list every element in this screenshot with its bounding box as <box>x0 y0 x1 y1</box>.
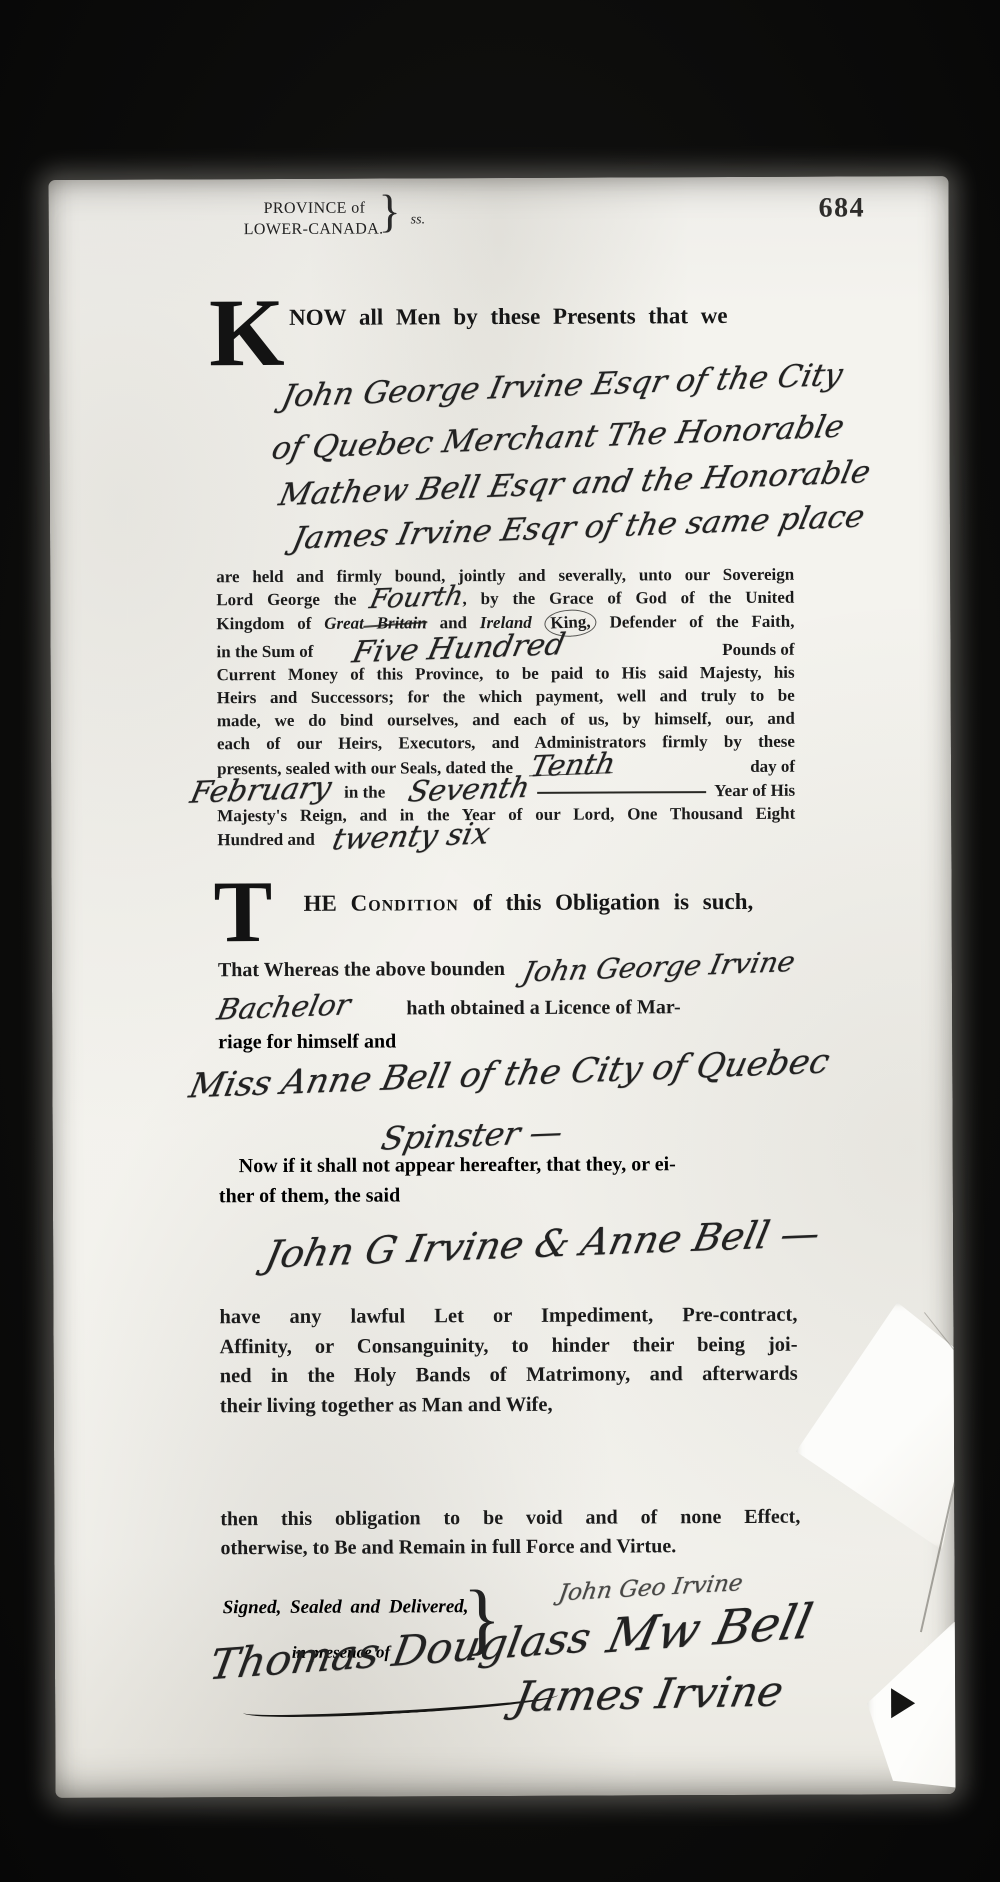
condition-heading-word: Condition <box>351 890 459 915</box>
impediment-line-4: their living together as Man and Wife, <box>220 1389 798 1421</box>
province-line2: LOWER-CANADA. <box>244 219 384 240</box>
dropcap-t: T <box>214 879 273 948</box>
handwritten-regnal-year: Seventh <box>407 779 531 801</box>
bachelor-line: Bachelor hath obtained a Licence of Mar- <box>218 995 681 1021</box>
licence-print: hath obtained a Licence of Mar- <box>406 996 680 1019</box>
great-britain-italic: Great Britain <box>324 614 427 633</box>
bond-line-2: Lord George the Fourth, by the Grace of … <box>216 586 794 612</box>
condition-heading-rest: of this Obligation is such, <box>473 889 754 915</box>
ss-mark: ss. <box>411 212 425 228</box>
page-number: 684 <box>819 192 866 224</box>
bond-line-5: Current Money of this Province, to be pa… <box>217 661 795 687</box>
bond-line-3-print-b: and <box>440 614 468 633</box>
province-line1: PROVINCE of <box>244 199 384 220</box>
closing-line-2: otherwise, to Be and Remain in full Forc… <box>220 1532 800 1564</box>
header-brace: } <box>378 184 400 237</box>
condition-heading-he: HE <box>304 891 337 916</box>
bond-line-7: made, we do bind ourselves, and each of … <box>217 707 795 733</box>
handwritten-spinster: Spinster — <box>378 1113 566 1158</box>
bond-line-12: Hundred and twenty six <box>217 825 795 852</box>
impediment-line-3: ned in the Holy Bands of Matrimony, and … <box>220 1360 798 1392</box>
now-line-1: Now if it shall not appear hereafter, th… <box>239 1153 676 1178</box>
closing-line-1: then this obligation to be void and of n… <box>220 1503 800 1535</box>
bond-paragraph: are held and firmly bound, jointly and s… <box>216 563 795 852</box>
bond-line-1: are held and firmly bound, jointly and s… <box>216 563 794 589</box>
closing-paragraph: then this obligation to be void and of n… <box>220 1503 800 1564</box>
handwritten-groom-name: John George Irvine <box>521 954 796 981</box>
bond-line-8: each of our Heirs, Executors, and Admini… <box>217 730 795 756</box>
blank-rule <box>537 791 706 794</box>
dropcap-k: K <box>209 295 285 371</box>
bond-line-10-print-a: in the <box>344 780 385 803</box>
handwritten-day: Tenth <box>529 755 617 777</box>
impediment-line-1: have any lawful Let or Impediment, Pre-c… <box>219 1301 797 1333</box>
impediment-paragraph: have any lawful Let or Impediment, Pre-c… <box>219 1301 798 1422</box>
handwritten-month: February <box>189 779 333 802</box>
bond-line-12-print: Hundred and <box>217 830 315 849</box>
bond-line-10: February in the Seventh Year of His <box>217 778 795 805</box>
province-heading: PROVINCE of LOWER-CANADA. <box>244 199 384 241</box>
handwritten-principals-line1: John George Irvine Esqr of the City <box>278 357 845 415</box>
bond-line-10-print-b: Year of His <box>714 779 795 803</box>
blank-gap <box>614 772 750 773</box>
handwritten-sum: Five Hundred <box>351 636 566 662</box>
bond-line-2-print-a: Lord George the <box>216 590 356 610</box>
signature-mathew-bell: Mw Bell <box>602 1594 817 1665</box>
signature-james-irvine: James Irvine <box>510 1666 787 1721</box>
blank-gap <box>563 655 722 656</box>
now-line-2: ther of them, the said <box>219 1184 400 1208</box>
scan-background: { "scan": { "page_number": "684" }, "col… <box>0 0 1000 1882</box>
bond-line-9-print-b: day of <box>750 754 795 777</box>
folded-corner-upper <box>795 1302 955 1551</box>
bond-line-4-print-a: in the Sum of <box>216 639 313 663</box>
opening-line: NOW all Men by these Presents that we <box>289 303 769 331</box>
bond-line-6: Heirs and Successors; for the which paym… <box>217 684 795 710</box>
riage-line: riage for himself and <box>218 1030 396 1054</box>
bond-line-3-print-a: Kingdom of <box>216 614 311 633</box>
condition-heading: HE Condition of this Obligation is such, <box>304 889 754 917</box>
whereas-line: That Whereas the above bounden John Geor… <box>218 957 794 983</box>
whereas-print: That Whereas the above bounden <box>218 958 505 981</box>
document-page: PROVINCE of LOWER-CANADA. } ss. 684 K NO… <box>48 176 955 1798</box>
handwritten-bachelor: Bachelor <box>216 996 352 1019</box>
fold-notch <box>891 1688 915 1718</box>
bond-line-4: in the Sum of Five Hundred Pounds of <box>216 636 794 663</box>
bond-line-2-print-b: , by the Grace of God of the United <box>462 588 794 608</box>
handwritten-year: twenty six <box>331 826 491 850</box>
bond-line-3-print-c: Defender of the Faith, <box>610 612 795 632</box>
handwritten-couple-names: John G Irvine & Anne Bell — <box>261 1211 824 1277</box>
bond-line-4-print-b: Pounds of <box>722 637 794 661</box>
attestation-line-1: Signed, Sealed and Delivered, <box>223 1596 469 1619</box>
handwritten-regnal-name: Fourth <box>368 589 464 609</box>
impediment-line-2: Affinity, or Consanguinity, to hinder th… <box>220 1330 798 1362</box>
